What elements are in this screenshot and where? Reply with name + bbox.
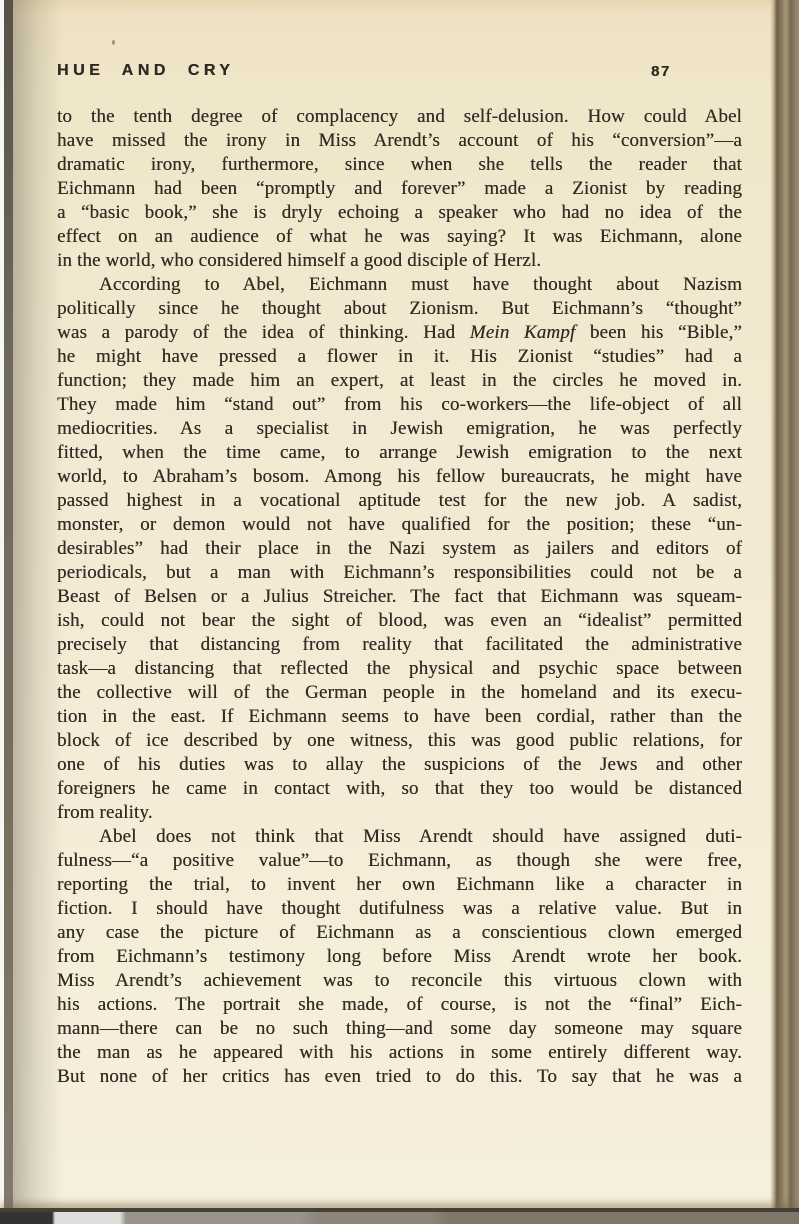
text-segment: dramatic irony, furthermore, since when … [57,154,742,175]
text-segment: a “basic book,” she is dryly echoing a s… [57,202,742,223]
text-line: in the world, who considered himself a g… [57,249,742,273]
text-line: one of his duties was to allay the suspi… [57,753,742,777]
page-edge-right [770,0,799,1224]
text-segment: precisely that distancing from reality t… [57,634,742,655]
text-line: monster, or demon would not have qualifi… [57,513,742,537]
text-line: But none of her critics has even tried t… [57,1065,742,1089]
text-segment: was a parody of the idea of thinking. Ha… [57,322,470,343]
running-head: HUE AND CRY 87 [57,62,742,82]
text-line: Abel does not think that Miss Arendt sho… [57,825,742,849]
text-line: he might have pressed a flower in it. Hi… [57,345,742,369]
text-line: from reality. [57,801,742,825]
text-line: any case the picture of Eichmann as a co… [57,921,742,945]
text-segment: monster, or demon would not have qualifi… [57,514,742,535]
text-segment: They made him “stand out” from his co-wo… [57,394,742,415]
page-number: 87 [651,63,671,80]
text-segment: According to Abel, Eichmann must have th… [99,274,742,295]
text-segment: been his “Bible,” [575,322,742,343]
text-line: have missed the irony in Miss Arendt’s a… [57,129,742,153]
text-segment: the man as he appeared with his actions … [57,1042,742,1063]
text-line: precisely that distancing from reality t… [57,633,742,657]
text-line: According to Abel, Eichmann must have th… [57,273,742,297]
text-segment: his actions. The portrait she made, of c… [57,994,742,1015]
text-line: function; they made him an expert, at le… [57,369,742,393]
text-line: the man as he appeared with his actions … [57,1041,742,1065]
text-block: to the tenth degree of complacency and s… [57,105,742,1089]
text-line: mediocrities. As a specialist in Jewish … [57,417,742,441]
text-line: task—a distancing that reflected the phy… [57,657,742,681]
text-segment: Abel does not think that Miss Arendt sho… [99,826,742,847]
text-segment: the collective will of the German people… [57,682,742,703]
text-segment: foreigners he came in contact with, so t… [57,778,742,799]
text-line: desirables” had their place in the Nazi … [57,537,742,561]
text-segment: mediocrities. As a specialist in Jewish … [57,418,742,439]
text-line: the collective will of the German people… [57,681,742,705]
book-gutter-fade [13,0,63,1224]
text-segment: any case the picture of Eichmann as a co… [57,922,742,943]
text-line: Eichmann had been “promptly and forever”… [57,177,742,201]
text-segment: reporting the trial, to invent her own E… [57,874,742,895]
text-segment: fulness—“a positive value”—to Eichmann, … [57,850,742,871]
paragraph: Abel does not think that Miss Arendt sho… [57,825,742,1089]
text-segment: tion in the east. If Eichmann seems to h… [57,706,742,727]
text-segment: Eichmann had been “promptly and forever”… [57,178,742,199]
text-line: fitted, when the time came, to arrange J… [57,441,742,465]
text-segment: Beast of Belsen or a Julius Streicher. T… [57,586,742,607]
text-segment: he might have pressed a flower in it. Hi… [57,346,742,367]
text-line: was a parody of the idea of thinking. Ha… [57,321,742,345]
text-line: fiction. I should have thought dutifulne… [57,897,742,921]
text-line: dramatic irony, furthermore, since when … [57,153,742,177]
text-line: tion in the east. If Eichmann seems to h… [57,705,742,729]
paragraph: According to Abel, Eichmann must have th… [57,273,742,825]
text-line: block of ice described by one witness, t… [57,729,742,753]
text-segment: in the world, who considered himself a g… [57,250,541,271]
text-segment: block of ice described by one witness, t… [57,730,742,751]
text-line: ish, could not bear the sight of blood, … [57,609,742,633]
text-line: his actions. The portrait she made, of c… [57,993,742,1017]
text-line: periodicals, but a man with Eichmann’s r… [57,561,742,585]
text-segment: Miss Arendt’s achievement was to reconci… [57,970,742,991]
running-head-title: HUE AND CRY [57,62,234,80]
text-segment: one of his duties was to allay the suspi… [57,754,742,775]
text-segment: periodicals, but a man with Eichmann’s r… [57,562,742,583]
text-segment: function; they made him an expert, at le… [57,370,742,391]
text-line: Beast of Belsen or a Julius Streicher. T… [57,585,742,609]
text-segment: to the tenth degree of complacency and s… [57,106,742,127]
text-segment: task—a distancing that reflected the phy… [57,658,742,679]
text-line: from Eichmann’s testimony long before Mi… [57,945,742,969]
text-segment: from Eichmann’s testimony long before Mi… [57,946,742,967]
text-line: world, to Abraham’s bosom. Among his fel… [57,465,742,489]
text-line: effect on an audience of what he was say… [57,225,742,249]
text-segment: fiction. I should have thought dutifulne… [57,898,742,919]
text-segment: fitted, when the time came, to arrange J… [57,442,742,463]
text-line: reporting the trial, to invent her own E… [57,873,742,897]
paragraph: to the tenth degree of complacency and s… [57,105,742,273]
page-content: HUE AND CRY 87 to the tenth degree of co… [57,0,742,1224]
text-segment: But none of her critics has even tried t… [57,1066,742,1087]
text-line: fulness—“a positive value”—to Eichmann, … [57,849,742,873]
text-line: politically since he thought about Zioni… [57,297,742,321]
text-segment: world, to Abraham’s bosom. Among his fel… [57,466,742,487]
text-segment: mann—there can be no such thing—and some… [57,1018,742,1039]
text-segment: effect on an audience of what he was say… [57,226,742,247]
text-segment: have missed the irony in Miss Arendt’s a… [57,130,742,151]
text-segment: politically since he thought about Zioni… [57,298,742,319]
text-line: to the tenth degree of complacency and s… [57,105,742,129]
text-line: mann—there can be no such thing—and some… [57,1017,742,1041]
text-segment: ish, could not bear the sight of blood, … [57,610,742,631]
book-page-scan: HUE AND CRY 87 to the tenth degree of co… [0,0,799,1224]
text-line: Miss Arendt’s achievement was to reconci… [57,969,742,993]
text-line: foreigners he came in contact with, so t… [57,777,742,801]
text-segment: from reality. [57,802,153,823]
text-line: a “basic book,” she is dryly echoing a s… [57,201,742,225]
text-line: passed highest in a vocational aptitude … [57,489,742,513]
text-segment: passed highest in a vocational aptitude … [57,490,742,511]
text-segment: desirables” had their place in the Nazi … [57,538,742,559]
italic-text: Mein Kampf [470,322,576,343]
text-line: They made him “stand out” from his co-wo… [57,393,742,417]
book-gutter-shadow [4,0,13,1224]
